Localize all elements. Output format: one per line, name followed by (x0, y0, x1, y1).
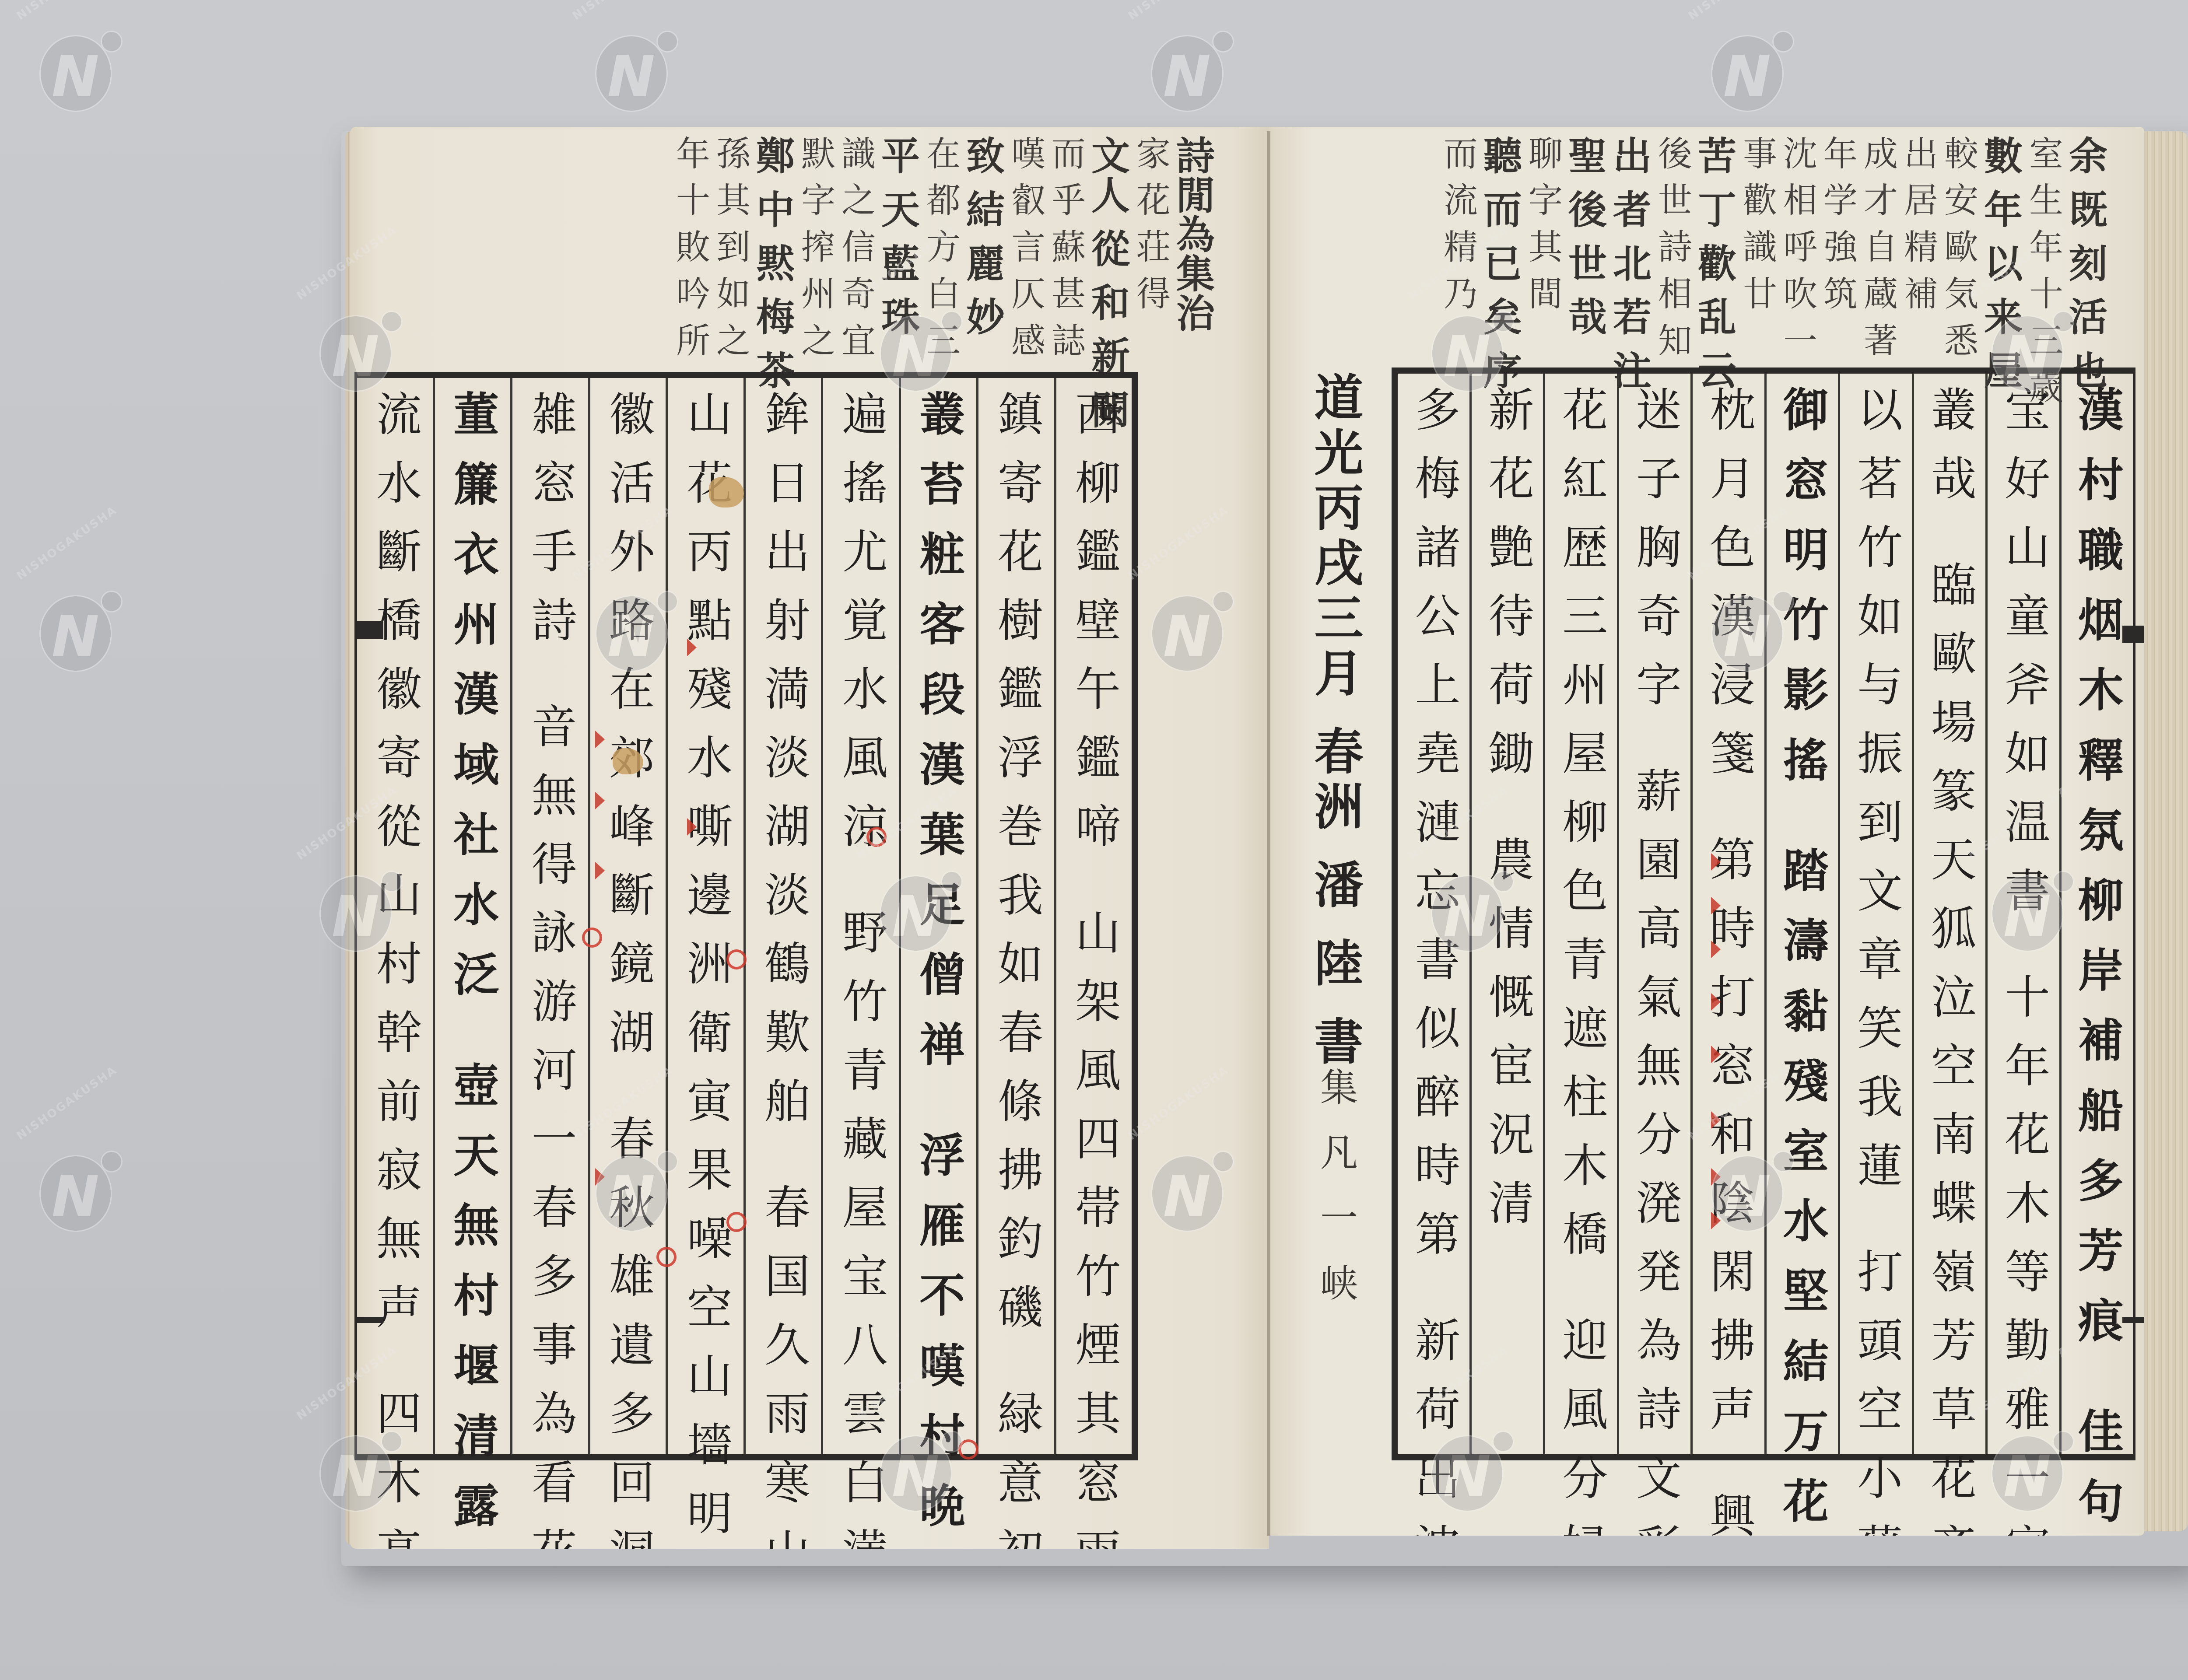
text-column: 遍 搖 尤 覚 水 風 涼 野 竹 青 藏 屋 宝 八 雲 白 満 陵 羊 笠 (821, 378, 899, 1454)
column-text: 漢 村 職 烟 木 釋 氛 柳 岸 補 船 多 芳 痕 佳 句 偶 逢 如 獲 (2073, 386, 2121, 1454)
header-column: 年 十 敗 吟 所 (673, 136, 707, 363)
binding-tab-mark (2122, 1317, 2144, 1323)
column-text: 多 梅 諸 公 上 堯 漣 忘 書 似 醉 時 第 新 荷 出 波 雛 鴨 戲 (1410, 386, 1457, 1454)
date-colophon: 道光丙戌三月 春洲 潘 陸 書 (1300, 372, 1370, 1071)
header-column: 余 既 刻 活 也 (2066, 136, 2105, 363)
header-column: 苦 丁 歡 乱 云 (1695, 136, 1734, 363)
header-column: 較 安 歐 気 悉 (1941, 136, 1975, 363)
header-column: 出 居 精 補 (1901, 136, 1935, 363)
text-column: 叢 哉 臨 歐 場 篆 天 狐 泣 空 南 蝶 嶺 芳 草 花 斎 削 (1912, 374, 1986, 1454)
red-circle-mark (958, 1439, 978, 1459)
header-column: 而 流 精 乃 (1441, 136, 1475, 363)
column-text: 雑 窓 手 詩 音 無 得 詠 游 河 一 春 多 事 為 看 花 (526, 390, 574, 1454)
header-column: 家 花 荘 得 (1133, 136, 1168, 363)
text-column: 山 花 丙 點 殘 水 嘶 邊 洲 衛 寅 果 噪 空 山 墻 明 紅 樹 (666, 378, 743, 1454)
header-column: 室 生 年 十 三 歳 (2026, 136, 2060, 363)
text-column: 新 花 艶 待 荷 鋤 農 情 慨 宦 況 清 (1469, 374, 1543, 1454)
header-column: 識 之 信 奇 宜 (838, 136, 873, 363)
column-text: 西 柳 鑑 壁 午 鑑 啼 山 架 風 四 帯 竹 煙 其 窓 雨 過 錦 為 … (1070, 390, 1118, 1454)
red-circle-mark (726, 1212, 747, 1232)
header-column: 數 年 以 来 屋 (1981, 136, 2020, 363)
header-column: 致 結 麗 妙 (964, 136, 1002, 363)
binding-tab-mark (2122, 626, 2144, 643)
text-column: 漢 村 職 烟 木 釋 氛 柳 岸 補 船 多 芳 痕 佳 句 偶 逢 如 獲 (2059, 374, 2133, 1454)
header-column: 默 字 搾 州 之 (798, 136, 832, 363)
red-circle-mark (582, 927, 602, 948)
red-circle-mark (866, 827, 887, 847)
column-text: 宝 好 山 童 斧 如 温 書 十 年 花 木 等 勤 雅 一 室 琴 書 位 (1999, 386, 2047, 1454)
right-text-frame: 漢 村 職 烟 木 釋 氛 柳 岸 補 船 多 芳 痕 佳 句 偶 逢 如 獲 … (1392, 367, 2135, 1460)
header-column: 聖 後 世 哉 (1566, 136, 1604, 363)
text-column: 叢 苔 粧 客 段 漢 葉 足 僧 禅 浮 雁 不 嘆 村 晩 侯 (899, 378, 977, 1454)
left-text-frame: 西 柳 鑑 壁 午 鑑 啼 山 架 風 四 帯 竹 煙 其 窓 雨 過 錦 為 … (354, 372, 1138, 1460)
text-column: 枕 月 色 漢 浸 箋 第 時 打 窓 和 陰 閑 拂 声 興 夫 上 高 峡 (1690, 374, 1764, 1454)
header-column: 嘆 叡 言 仄 感 (1008, 136, 1042, 363)
column-text: 枕 月 色 漢 浸 箋 第 時 打 窓 和 陰 閑 拂 声 興 夫 上 高 峡 (1704, 386, 1752, 1454)
header-column: 年 学 強 筑 (1820, 136, 1855, 363)
column-text: 山 花 丙 點 殘 水 嘶 邊 洲 衛 寅 果 噪 空 山 墻 明 紅 樹 (682, 390, 729, 1454)
header-column: 文人 從 和 新 闕 (1089, 136, 1127, 363)
column-text: 以 茗 竹 如 与 振 到 文 章 笑 我 蓮 打 頭 空 小 蘚 門 履 跡 (1852, 386, 1900, 1454)
column-text: 流 水 斷 橋 徽 寄 從 山 村 幹 前 寂 無 声 四 木 高 山 寧 路 … (371, 390, 419, 1454)
header-column: 出 者 北 若 注 (1610, 136, 1649, 363)
book-gutter-fold (1267, 131, 1270, 1536)
column-text: 花 紅 歴 三 州 屋 柳 色 青 遮 柱 木 橋 迎 風 分 婦 母 指 錦 … (1557, 386, 1605, 1454)
right-page-stack-edge (2144, 131, 2188, 1531)
text-column: 御 窓 明 竹 影 搖 踏 濤 黏 殘 室 水 堅 結 万 花 淡 赤 喧 到 (1764, 374, 1838, 1454)
header-column: 聽 而 已 矣 序 (1481, 136, 1519, 363)
header-column: 平 天 藍 珠 (879, 136, 917, 363)
text-column: 西 柳 鑑 壁 午 鑑 啼 山 架 風 四 帯 竹 煙 其 窓 雨 過 錦 為 … (1054, 378, 1132, 1454)
column-text: 董 簾 衣 州 漢 域 社 水 泛 壺 天 無 村 堰 清 露 溪 笙 次 (449, 390, 496, 1454)
column-text: 徽 活 外 路 在 郊 峰 斷 鏡 湖 春 秋 雄 遺 多 回 洞 世 味 (604, 390, 652, 1454)
header-column: 孫 其 到 如 之 (713, 136, 747, 363)
column-text: 遍 搖 尤 覚 水 風 涼 野 竹 青 藏 屋 宝 八 雲 白 満 陵 羊 笠 (837, 390, 885, 1454)
red-circle-mark (656, 1247, 677, 1267)
text-column: 多 梅 諸 公 上 堯 漣 忘 書 似 醉 時 第 新 荷 出 波 雛 鴨 戲 (1398, 374, 1469, 1454)
binding-tab-mark (357, 1317, 383, 1323)
column-text: 叢 苔 粧 客 段 漢 葉 足 僧 禅 浮 雁 不 嘆 村 晩 侯 (915, 390, 962, 1454)
header-column: 而 乎 蘇 甚 誌 (1048, 136, 1083, 363)
header-column: 聊 字 其 間 (1525, 136, 1560, 363)
column-text: 新 花 艶 待 荷 鋤 農 情 慨 宦 況 清 (1483, 386, 1531, 1454)
text-column: 迷 子 胸 奇 字 薪 園 高 氣 無 分 溌 発 為 詩 文 彩 焚 然 桃 (1617, 374, 1691, 1454)
text-column: 鉾 日 出 射 満 淡 湖 淡 鶴 歎 舶 春 国 久 雨 寒 山 為 看 (743, 378, 821, 1454)
column-text: 叢 哉 臨 歐 場 篆 天 狐 泣 空 南 蝶 嶺 芳 草 花 斎 削 (1926, 386, 1974, 1454)
header-column: 成 才 自 蔵 著 (1861, 136, 1895, 363)
right-header-text: 余 既 刻 活 也 室 生 年 十 三 歳 數 年 以 来 屋 較 安 歐 気 … (1441, 136, 2105, 363)
text-column: 流 水 斷 橋 徽 寄 從 山 村 幹 前 寂 無 声 四 木 高 山 寧 路 … (357, 378, 433, 1454)
text-column: 鎮 寄 花 樹 鑑 浮 巻 我 如 春 條 拂 釣 磯 緑 意 初 研 日 氣 (976, 378, 1054, 1454)
binding-tab-mark (357, 621, 383, 639)
text-column: 董 簾 衣 州 漢 域 社 水 泛 壺 天 無 村 堰 清 露 溪 笙 次 (433, 378, 511, 1454)
left-page: 詩閒為集治 家 花 荘 得 文人 從 和 新 闕 而 乎 蘇 甚 誌 嘆 叡 言… (350, 127, 1269, 1549)
volume-signature: 集 凡 一 峡 (1308, 1067, 1363, 1309)
text-column: 徽 活 外 路 在 郊 峰 斷 鏡 湖 春 秋 雄 遺 多 回 洞 世 味 (588, 378, 666, 1454)
header-column: 後 世 詩 相 知 (1655, 136, 1689, 363)
text-column: 以 茗 竹 如 与 振 到 文 章 笑 我 蓮 打 頭 空 小 蘚 門 履 跡 (1838, 374, 1912, 1454)
column-text: 鉾 日 出 射 満 淡 湖 淡 鶴 歎 舶 春 国 久 雨 寒 山 為 看 (759, 390, 807, 1454)
right-page: 余 既 刻 活 也 室 生 年 十 三 歳 數 年 以 来 屋 較 安 歐 気 … (1269, 127, 2144, 1536)
left-header-text: 詩閒為集治 家 花 荘 得 文人 從 和 新 闕 而 乎 蘇 甚 誌 嘆 叡 言… (673, 136, 1212, 363)
text-column: 宝 好 山 童 斧 如 温 書 十 年 花 木 等 勤 雅 一 室 琴 書 位 (1985, 374, 2059, 1454)
header-column: 在 都 方 白 三 (923, 136, 957, 363)
red-circle-mark (726, 949, 747, 969)
header-column: 沈 相 呼 吹 一 (1780, 136, 1814, 363)
column-text: 鎮 寄 花 樹 鑑 浮 巻 我 如 春 條 拂 釣 磯 緑 意 初 研 日 氣 (992, 390, 1040, 1454)
column-text: 迷 子 胸 奇 字 薪 園 高 氣 無 分 溌 発 為 詩 文 彩 焚 然 桃 (1631, 386, 1679, 1454)
text-column: 花 紅 歴 三 州 屋 柳 色 青 遮 柱 木 橋 迎 風 分 婦 母 指 錦 … (1543, 374, 1617, 1454)
header-column: 鄭 中 黙 梅 茶 (754, 136, 792, 363)
header-column: 事 歡 識 廿 (1740, 136, 1774, 363)
column-text: 御 窓 明 竹 影 搖 踏 濤 黏 殘 室 水 堅 結 万 花 淡 赤 喧 到 (1778, 386, 1826, 1454)
header-column: 詩閒為集治 (1174, 136, 1212, 363)
text-column: 雑 窓 手 詩 音 無 得 詠 游 河 一 春 多 事 為 看 花 (510, 378, 588, 1454)
